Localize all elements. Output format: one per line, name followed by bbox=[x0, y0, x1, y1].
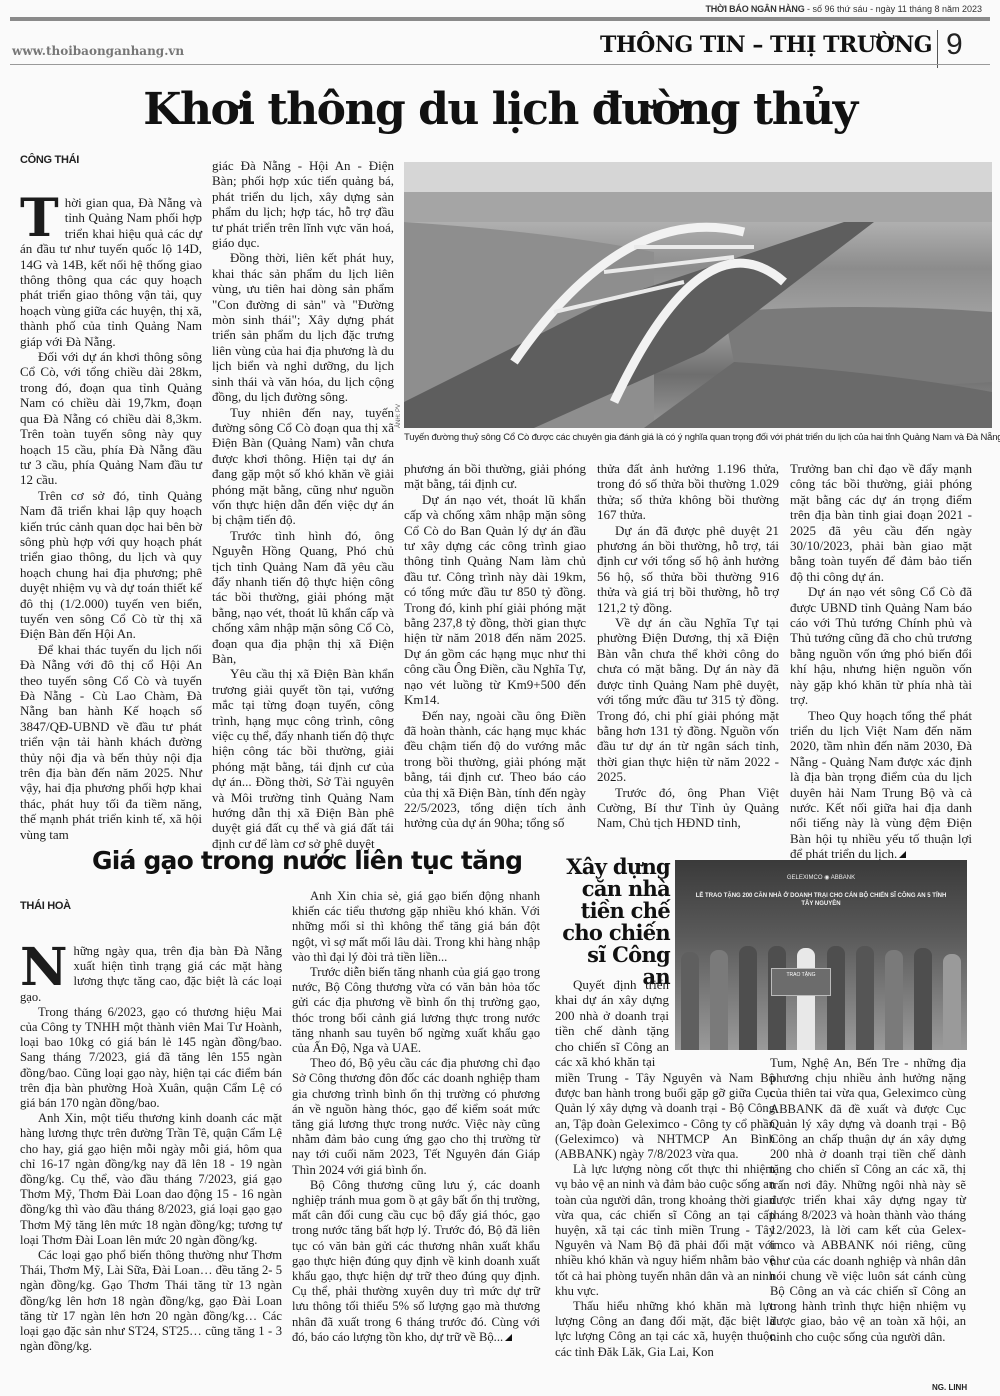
article1-column-2: giác Đà Nẵng - Hội An - Điện Bàn; phối h… bbox=[212, 158, 394, 851]
top-rule bbox=[10, 17, 990, 21]
paragraph: Tuy nhiên đến nay, tuyến đường sông Cổ C… bbox=[212, 405, 394, 528]
paragraph: Anh Xin, một tiểu thương kinh doanh các … bbox=[20, 1111, 282, 1248]
paragraph: Đồng thời, liên kết phát huy, khai thác … bbox=[212, 250, 394, 404]
article1-headline: Khơi thông du lịch đường thủy bbox=[0, 84, 1000, 135]
paragraph: Đến nay, ngoài cầu ông Điền đã hoàn thàn… bbox=[404, 708, 586, 831]
dropcap: N bbox=[20, 947, 68, 989]
article3-column-2: Tum, Nghệ An, Bến Tre - những địa phương… bbox=[770, 1056, 966, 1345]
issue-date: - số 96 thứ sáu - ngày 11 tháng 8 năm 20… bbox=[805, 4, 982, 14]
article2-byline: THÁI HOÀ bbox=[20, 900, 71, 912]
paragraph: giác Đà Nẵng - Hội An - Điện Bàn; phối h… bbox=[212, 158, 394, 250]
article1-byline: CÔNG THÁI bbox=[20, 154, 79, 166]
paragraph: Yêu cầu thị xã Điện Bàn khẩn trương giải… bbox=[212, 666, 394, 851]
people-group bbox=[675, 942, 967, 1050]
paragraph: Trước tình hình đó, ông Nguyễn Hồng Quan… bbox=[212, 528, 394, 667]
paragraph: Những ngày qua, trên địa bàn Đà Nẵng xuấ… bbox=[20, 944, 282, 1005]
bridge-illustration bbox=[404, 162, 992, 428]
header-rule bbox=[10, 64, 990, 65]
article1-column-3: phương án bồi thường, giải phóng mặt bằn… bbox=[404, 461, 586, 831]
paragraph: Trước đó, ông Phan Việt Cường, Bí thư Tỉ… bbox=[597, 785, 779, 831]
paragraph: Bộ Công thương cũng lưu ý, các doanh ngh… bbox=[292, 1178, 540, 1345]
page-divider bbox=[937, 30, 938, 68]
article1-column-5: Trưởng ban chỉ đạo về đẩy mạnh công tác … bbox=[790, 461, 972, 862]
photo-logos: GELEXIMCO ◉ ABBANK bbox=[675, 874, 967, 881]
paragraph: Theo Quy hoạch tổng thể phát triển du lị… bbox=[790, 708, 972, 862]
article1-photo bbox=[404, 162, 992, 428]
award-board: TRAO TẶNG bbox=[771, 968, 831, 996]
article2-headline: Giá gạo trong nước liên tục tăng bbox=[92, 846, 522, 875]
publication-name: THỜI BÁO NGÂN HÀNG bbox=[705, 4, 804, 14]
paragraph: Dự án đã được phê duyệt 21 phương án bồi… bbox=[597, 523, 779, 615]
article1-column-1: Thời gian qua, Đà Nẵng và tỉnh Quảng Nam… bbox=[20, 195, 202, 842]
paragraph: miền Trung - Tây Nguyên và Nam Bộ được b… bbox=[555, 1071, 775, 1162]
paragraph: Các loại gạo phổ biến thông thường như T… bbox=[20, 1248, 282, 1354]
paragraph: Theo đó, Bộ yêu cầu các địa phương chỉ đ… bbox=[292, 1056, 540, 1178]
photo-caption: Tuyến đường thuỷ sông Cổ Cò được các chu… bbox=[404, 432, 1000, 443]
paragraph: Tum, Nghệ An, Bến Tre - những địa phương… bbox=[770, 1056, 966, 1345]
end-mark-icon bbox=[899, 851, 906, 858]
article3-column-1: miền Trung - Tây Nguyên và Nam Bộ được b… bbox=[555, 1071, 775, 1360]
article3-intro: Quyết định triển khai dự án xây dựng 200… bbox=[555, 977, 669, 1069]
paragraph: Thời gian qua, Đà Nẵng và tỉnh Quảng Nam… bbox=[20, 195, 202, 349]
article1-column-4: thửa đất ảnh hưởng 1.196 thửa, trong đó … bbox=[597, 461, 779, 831]
paragraph: phương án bồi thường, giải phóng mặt bằn… bbox=[404, 461, 586, 492]
paragraph: Quyết định triển khai dự án xây dựng 200… bbox=[555, 977, 669, 1069]
paragraph: Đối với dự án khơi thông sông Cổ Cò, với… bbox=[20, 349, 202, 488]
photo-credit: ẢNH: PV bbox=[396, 404, 402, 428]
article3-headline: Xây dựng căn nhà tiền chế cho chiến sĩ C… bbox=[556, 856, 670, 988]
section-title: THÔNG TIN – THỊ TRƯỜNG bbox=[600, 32, 932, 58]
article2-column-2: Anh Xin chia sẻ, giá gạo biến động nhanh… bbox=[292, 889, 540, 1345]
article3-signature: NG. LINH bbox=[932, 1383, 967, 1392]
paragraph: Thấu hiểu những khó khăn mà lực lượng Cô… bbox=[555, 1299, 775, 1360]
end-mark-icon bbox=[505, 1334, 512, 1341]
paragraph: Anh Xin chia sẻ, giá gạo biến động nhanh… bbox=[292, 889, 540, 965]
dropcap: T bbox=[20, 198, 59, 240]
paragraph: Về dự án cầu Nghĩa Tự tại phường Điện Dư… bbox=[597, 615, 779, 784]
paragraph: Trên cơ sở đó, tỉnh Quảng Nam đã triển k… bbox=[20, 488, 202, 642]
paragraph: Dự án nạo vét sông Cổ Cò đã được UBND tỉ… bbox=[790, 584, 972, 707]
paragraph: thửa đất ảnh hưởng 1.196 thửa, trong đó … bbox=[597, 461, 779, 523]
paragraph: Trong tháng 6/2023, gạo có thương hiệu M… bbox=[20, 1005, 282, 1111]
paragraph: Dự án nạo vét, thoát lũ khẩn cấp và chốn… bbox=[404, 492, 586, 708]
paragraph: Trưởng ban chỉ đạo về đẩy mạnh công tác … bbox=[790, 461, 972, 584]
article2-column-1: Những ngày qua, trên địa bàn Đà Nẵng xuấ… bbox=[20, 944, 282, 1354]
paragraph: Để khai thác tuyến du lịch nối Đà Nẵng v… bbox=[20, 642, 202, 842]
paragraph: Trước diễn biến tăng nhanh của giá gạo t… bbox=[292, 965, 540, 1056]
paragraph: Là lực lượng nòng cốt thực thi nhiệm vụ … bbox=[555, 1162, 775, 1299]
photo-banner: LỄ TRAO TẶNG 200 CĂN NHÀ Ở DOANH TRẠI CH… bbox=[695, 892, 947, 908]
issue-info: THỜI BÁO NGÂN HÀNG - số 96 thứ sáu - ngà… bbox=[705, 4, 982, 14]
article3-photo: GELEXIMCO ◉ ABBANK LỄ TRAO TẶNG 200 CĂN … bbox=[675, 860, 967, 1050]
page-number: 9 bbox=[946, 28, 963, 62]
site-url[interactable]: www.thoibaonganhang.vn bbox=[12, 44, 184, 58]
